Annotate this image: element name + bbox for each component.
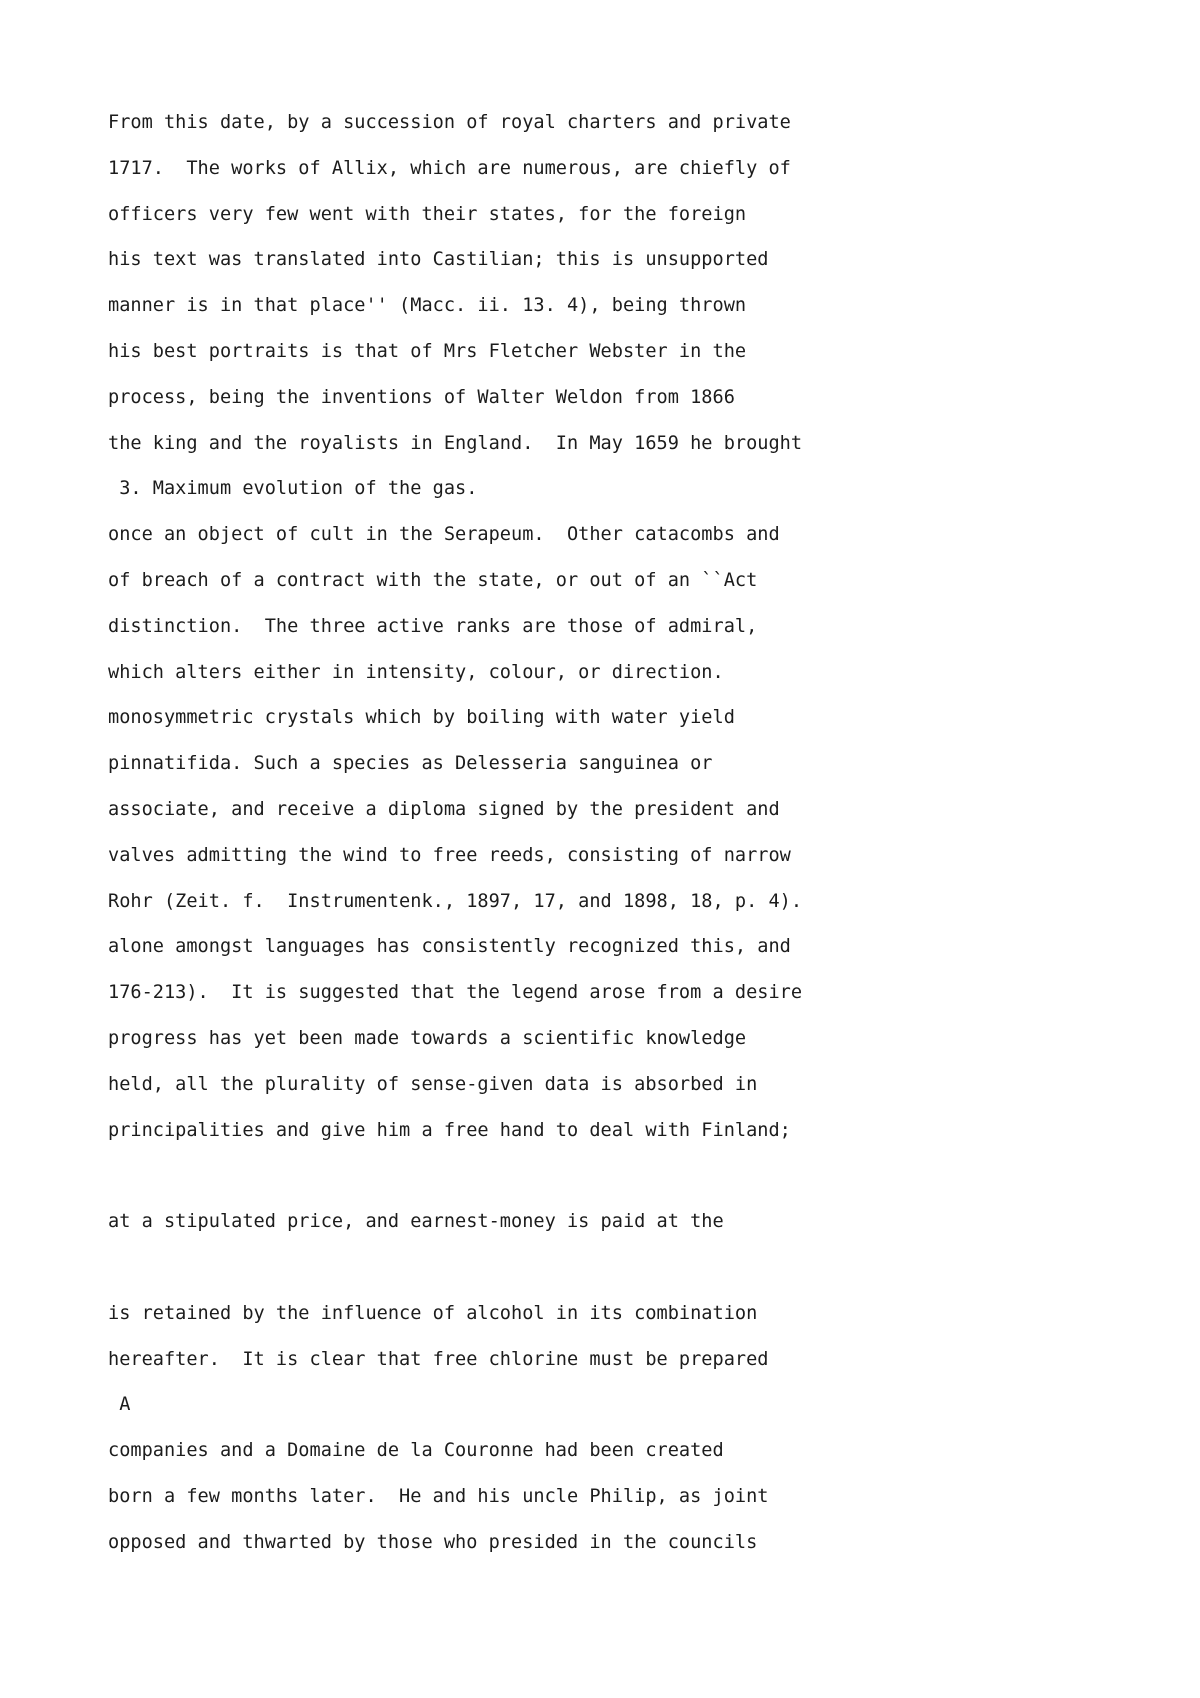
text-line: Rohr (Zeit. f. Instrumentenk., 1897, 17,… [108,879,1108,925]
text-line: opposed and thwarted by those who presid… [108,1520,1108,1566]
text-line: distinction. The three active ranks are … [108,604,1108,650]
text-line-blank [108,1245,1108,1291]
text-line: pinnatifida. Such a species as Delesseri… [108,741,1108,787]
text-line: the king and the royalists in England. I… [108,421,1108,467]
text-line: process, being the inventions of Walter … [108,375,1108,421]
text-line-blank [108,1153,1108,1199]
text-line: A [108,1382,1108,1428]
text-line: From this date, by a succession of royal… [108,100,1108,146]
document-page: From this date, by a succession of royal… [0,0,1200,1698]
text-line: associate, and receive a diploma signed … [108,787,1108,833]
text-line: companies and a Domaine de la Couronne h… [108,1428,1108,1474]
text-line: alone amongst languages has consistently… [108,924,1108,970]
text-line: hereafter. It is clear that free chlorin… [108,1337,1108,1383]
text-line: manner is in that place'' (Macc. ii. 13.… [108,283,1108,329]
text-line: held, all the plurality of sense-given d… [108,1062,1108,1108]
text-line: his best portraits is that of Mrs Fletch… [108,329,1108,375]
text-line: which alters either in intensity, colour… [108,650,1108,696]
text-line: valves admitting the wind to free reeds,… [108,833,1108,879]
text-line: 1717. The works of Allix, which are nume… [108,146,1108,192]
text-line: monosymmetric crystals which by boiling … [108,695,1108,741]
text-line: progress has yet been made towards a sci… [108,1016,1108,1062]
text-line: once an object of cult in the Serapeum. … [108,512,1108,558]
text-line: his text was translated into Castilian; … [108,237,1108,283]
text-line: 176-213). It is suggested that the legen… [108,970,1108,1016]
text-line: of breach of a contract with the state, … [108,558,1108,604]
text-line: 3. Maximum evolution of the gas. [108,466,1108,512]
text-line: born a few months later. He and his uncl… [108,1474,1108,1520]
text-line: is retained by the influence of alcohol … [108,1291,1108,1337]
text-line: at a stipulated price, and earnest-money… [108,1199,1108,1245]
document-text-block: From this date, by a succession of royal… [108,100,1108,1566]
text-line: officers very few went with their states… [108,192,1108,238]
text-line: principalities and give him a free hand … [108,1108,1108,1154]
